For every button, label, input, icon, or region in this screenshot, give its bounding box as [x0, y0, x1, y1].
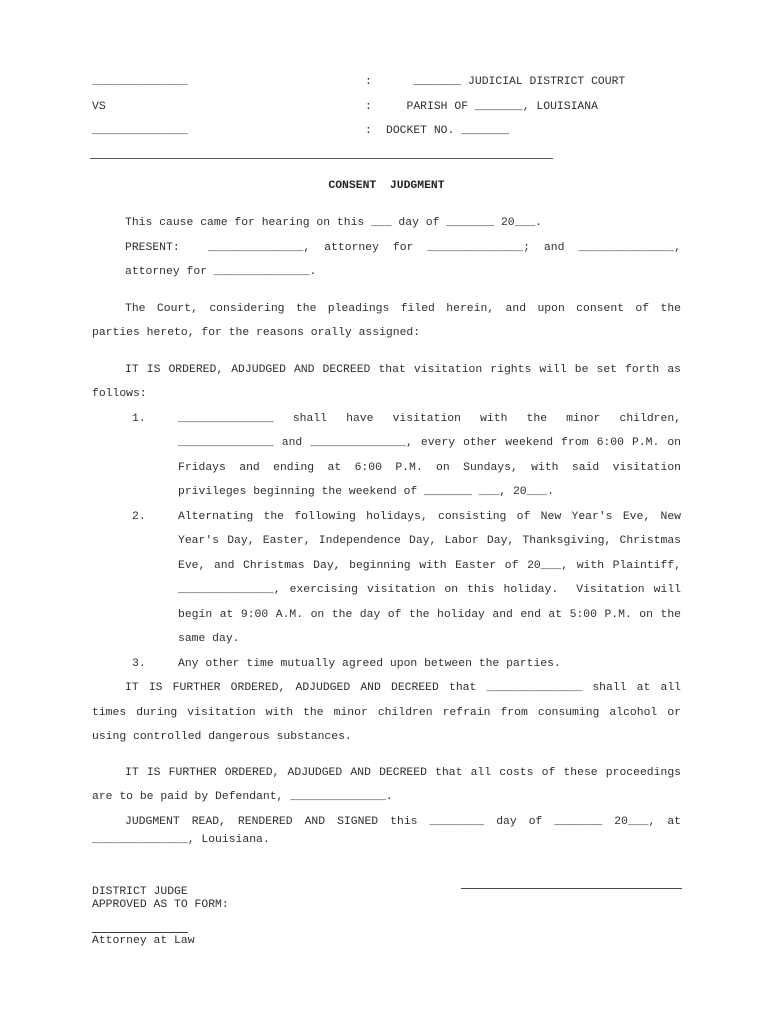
item-number: 3. — [132, 652, 146, 677]
text-line: using controlled dangerous substances. — [92, 725, 681, 750]
paragraph: IT IS FURTHER ORDERED, ADJUDGED AND DECR… — [92, 761, 681, 810]
text-line: privileges beginning the weekend of ____… — [178, 480, 681, 505]
caption-left-cell: ______________ — [92, 119, 188, 144]
caption-left-cell: ______________ — [92, 70, 188, 95]
numbered-item: 2.Alternating the following holidays, co… — [178, 505, 681, 652]
numbered-item: 1.______________ shall have visitation w… — [178, 407, 681, 505]
judge-approval-block: DISTRICT JUDGE APPROVED AS TO FORM: — [92, 886, 229, 911]
paragraph: IT IS ORDERED, ADJUDGED AND DECREED that… — [92, 358, 681, 407]
caption-separator-line — [90, 158, 553, 159]
paragraph: This cause came for hearing on this ___ … — [125, 211, 681, 236]
attorney-at-law-label: Attorney at Law — [92, 935, 195, 948]
text-line: attorney for ______________. — [125, 260, 681, 285]
text-line: ______________ shall have visitation wit… — [178, 407, 681, 432]
text-line: IT IS ORDERED, ADJUDGED AND DECREED that… — [92, 358, 681, 383]
caption-right-cell: _______ JUDICIAL DISTRICT COURT — [386, 70, 625, 95]
caption-colon: : — [365, 95, 372, 120]
text-line: PRESENT: ______________, attorney for __… — [125, 236, 681, 261]
judge-signature-line — [461, 888, 682, 889]
text-line: Fridays and ending at 6:00 P.M. on Sunda… — [178, 456, 681, 481]
attorney-signature-line — [92, 932, 188, 933]
paragraph: IT IS FURTHER ORDERED, ADJUDGED AND DECR… — [92, 676, 681, 750]
text-line: follows: — [92, 382, 681, 407]
text-line: are to be paid by Defendant, ___________… — [92, 785, 681, 810]
document-page: ______________: _______ JUDICIAL DISTRIC… — [0, 0, 770, 1024]
caption-colon: : — [365, 70, 372, 95]
paragraph: The Court, considering the pleadings fil… — [92, 297, 681, 346]
document-title: CONSENT JUDGMENT — [92, 174, 681, 199]
district-judge-label: DISTRICT JUDGE — [92, 886, 229, 899]
paragraph: JUDGMENT READ, RENDERED AND SIGNED this … — [92, 810, 681, 853]
paragraph: PRESENT: ______________, attorney for __… — [125, 236, 681, 285]
text-line: times during visitation with the minor c… — [92, 701, 681, 726]
caption-row: ______________: _______ JUDICIAL DISTRIC… — [92, 70, 681, 95]
text-line: ______________ and ______________, every… — [178, 431, 681, 456]
text-line: Alternating the following holidays, cons… — [178, 505, 681, 530]
text-line: parties hereto, for the reasons orally a… — [92, 321, 681, 346]
caption-left-cell: VS — [92, 95, 106, 120]
caption-row: ______________:DOCKET NO. _______ — [92, 119, 681, 144]
caption-right-cell: PARISH OF _______, LOUISIANA — [386, 95, 598, 120]
text-line: This cause came for hearing on this ___ … — [125, 211, 681, 236]
text-line: The Court, considering the pleadings fil… — [92, 297, 681, 322]
text-line: Eve, and Christmas Day, beginning with E… — [178, 554, 681, 579]
caption-right-cell: DOCKET NO. _______ — [386, 119, 509, 144]
numbered-item: 3.Any other time mutually agreed upon be… — [178, 652, 681, 677]
case-caption: ______________: _______ JUDICIAL DISTRIC… — [92, 70, 681, 144]
text-line: IT IS FURTHER ORDERED, ADJUDGED AND DECR… — [92, 761, 681, 786]
text-line: same day. — [178, 627, 681, 652]
text-line: Any other time mutually agreed upon betw… — [178, 652, 681, 677]
text-line: ______________, exercising visitation on… — [178, 578, 681, 603]
text-line: IT IS FURTHER ORDERED, ADJUDGED AND DECR… — [92, 676, 681, 701]
document-body: This cause came for hearing on this ___ … — [92, 211, 681, 853]
item-number: 1. — [132, 407, 146, 432]
caption-colon: : — [365, 119, 372, 144]
text-line: begin at 9:00 A.M. on the day of the hol… — [178, 603, 681, 628]
item-number: 2. — [132, 505, 146, 530]
caption-row: VS: PARISH OF _______, LOUISIANA — [92, 95, 681, 120]
text-line: Year's Day, Easter, Independence Day, La… — [178, 529, 681, 554]
approved-as-to-form-label: APPROVED AS TO FORM: — [92, 899, 229, 912]
